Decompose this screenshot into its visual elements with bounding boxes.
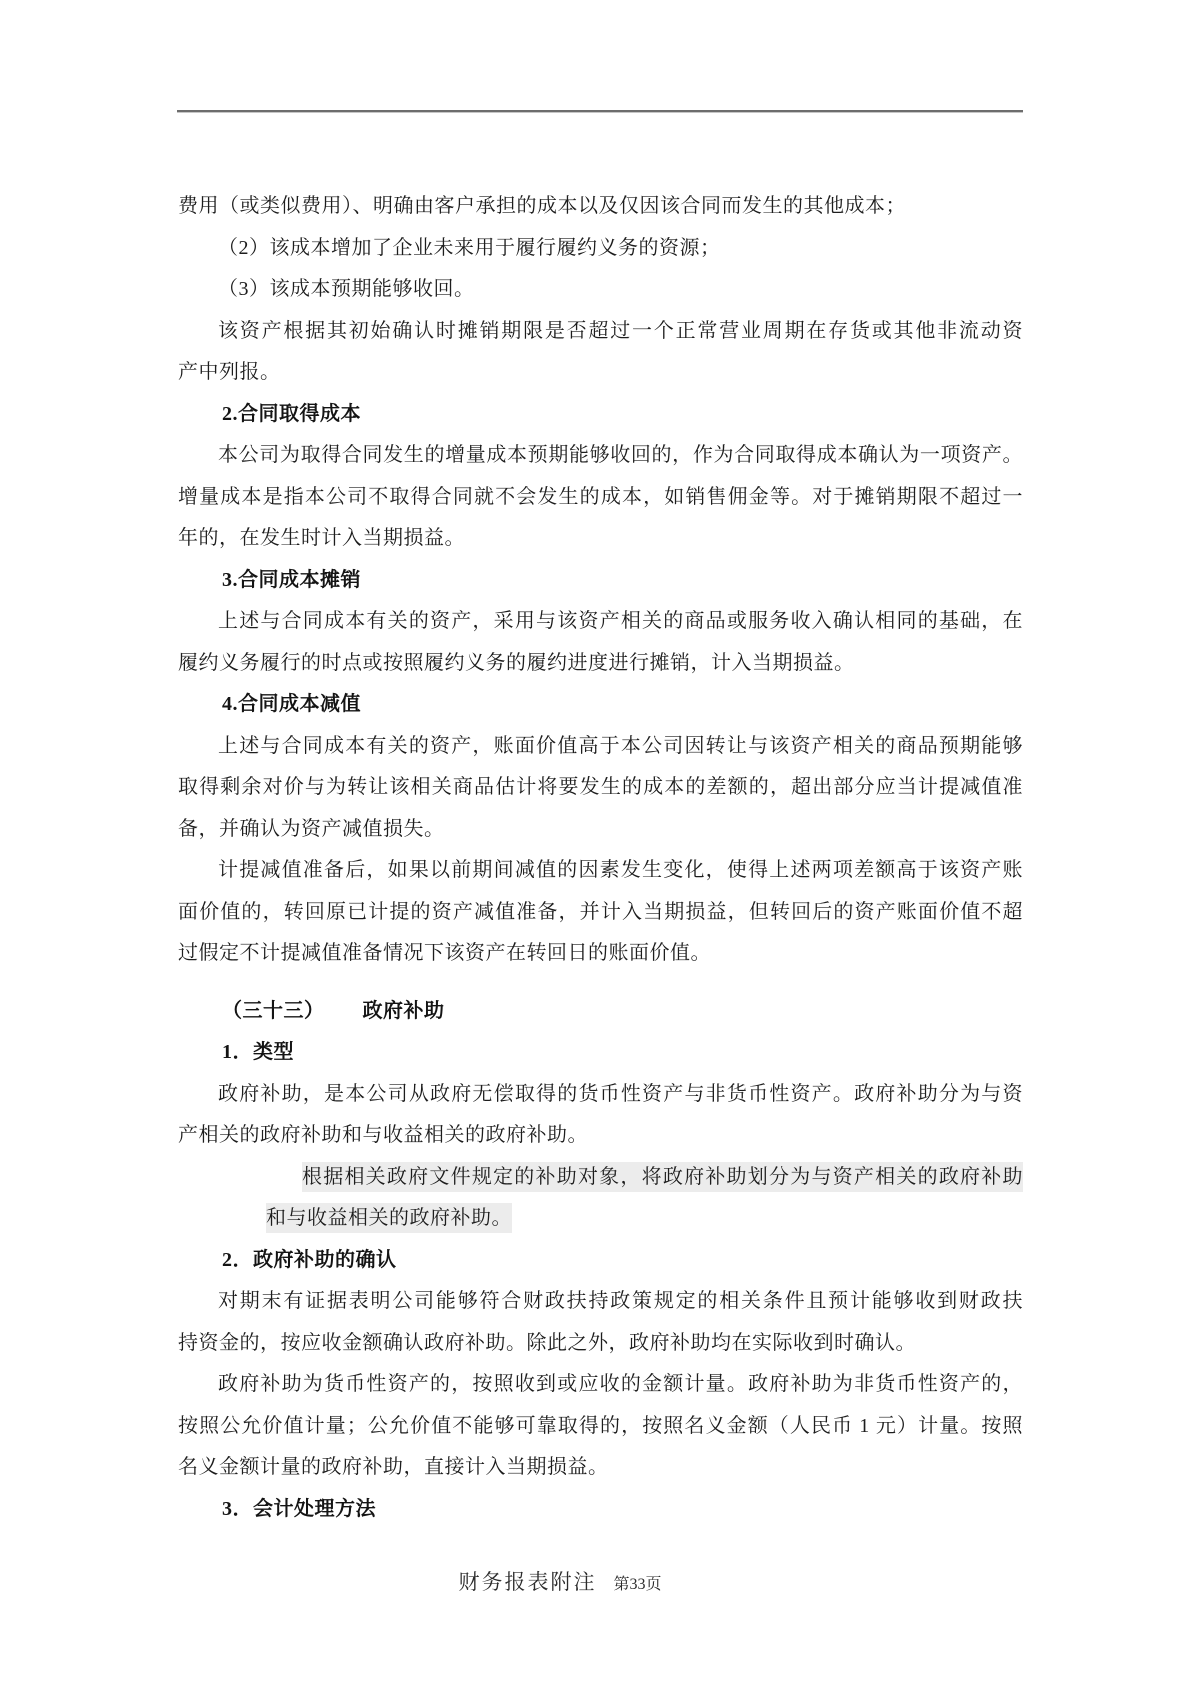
text-content: 1．类型 <box>222 1041 294 1063</box>
text-content: 名义金额计量的政府补助，直接计入当期损益。 <box>178 1456 609 1478</box>
text-content: 3.合同成本摊销 <box>222 569 361 591</box>
text-content: 2.合同取得成本 <box>222 403 361 425</box>
text-line: 年的，在发生时计入当期损益。 <box>178 518 1023 560</box>
header-rule <box>177 110 1023 113</box>
note-line: 根据相关政府文件规定的补助对象，将政府补助划分为与资产相关的政府补助 <box>266 1157 1023 1199</box>
subsection-heading: 3．会计处理方法 <box>222 1489 1023 1531</box>
subsection-heading: 2.合同取得成本 <box>222 394 1023 436</box>
text-line: 上述与合同成本有关的资产，采用与该资产相关的商品或服务收入确认相同的基础，在 <box>178 601 1023 643</box>
text-content: （3）该成本预期能够收回。 <box>218 278 475 300</box>
clause-item: （2）该成本增加了企业未来用于履行履约义务的资源； <box>178 228 1023 270</box>
text-line: 按照公允价值计量；公允价值不能够可靠取得的，按照名义金额（人民币 1 元）计量。… <box>178 1406 1023 1448</box>
subsection-heading: 3.合同成本摊销 <box>222 560 1023 602</box>
text-line: 计提减值准备后，如果以前期间减值的因素发生变化，使得上述两项差额高于该资产账 <box>178 850 1023 892</box>
text-content: 对期末有证据表明公司能够符合财政扶持政策规定的相关条件且预计能够收到财政扶 <box>218 1290 1023 1312</box>
text-line: 履约义务履行的时点或按照履约义务的履约进度进行摊销，计入当期损益。 <box>178 643 1023 685</box>
text-content: 上述与合同成本有关的资产，采用与该资产相关的商品或服务收入确认相同的基础，在 <box>218 610 1023 632</box>
text-content: 4.合同成本减值 <box>222 693 361 715</box>
text-line: 过假定不计提减值准备情况下该资产在转回日的账面价值。 <box>178 933 1023 975</box>
page-footer: 财务报表附注 第33页 <box>0 1566 1160 1596</box>
text-line: 取得剩余对价与为转让该相关商品估计将要发生的成本的差额的，超出部分应当计提减值准 <box>178 767 1023 809</box>
text-line: 持资金的，按应收金额确认政府补助。除此之外，政府补助均在实际收到时确认。 <box>178 1323 1023 1365</box>
text-content: 过假定不计提减值准备情况下该资产在转回日的账面价值。 <box>178 942 711 964</box>
text-line: 面价值的，转回原已计提的资产减值准备，并计入当期损益，但转回后的资产账面价值不超 <box>178 892 1023 934</box>
text-content: 3．会计处理方法 <box>222 1498 376 1520</box>
text-content: 年的，在发生时计入当期损益。 <box>178 527 465 549</box>
text-line: 对期末有证据表明公司能够符合财政扶持政策规定的相关条件且预计能够收到财政扶 <box>178 1281 1023 1323</box>
subsection-heading: 2．政府补助的确认 <box>222 1240 1023 1282</box>
note-line: 和与收益相关的政府补助。 <box>266 1198 1023 1240</box>
footer-page-number: 第33页 <box>613 1571 661 1594</box>
text-content: 持资金的，按应收金额确认政府补助。除此之外，政府补助均在实际收到时确认。 <box>178 1332 916 1354</box>
text-content: 2．政府补助的确认 <box>222 1249 397 1271</box>
text-line: 名义金额计量的政府补助，直接计入当期损益。 <box>178 1447 1023 1489</box>
section-number: （三十三） <box>222 1000 325 1022</box>
text-content: 根据相关政府文件规定的补助对象，将政府补助划分为与资产相关的政府补助 <box>302 1162 1023 1192</box>
text-content: 履约义务履行的时点或按照履约义务的履约进度进行摊销，计入当期损益。 <box>178 652 855 674</box>
clause-item: （3）该成本预期能够收回。 <box>178 269 1023 311</box>
text-content: 备，并确认为资产减值损失。 <box>178 818 445 840</box>
text-content: 产相关的政府补助和与收益相关的政府补助。 <box>178 1124 588 1146</box>
text-content: 增量成本是指本公司不取得合同就不会发生的成本，如销售佣金等。对于摊销期限不超过一 <box>178 486 1023 508</box>
text-content: 本公司为取得合同发生的增量成本预期能够收回的，作为合同取得成本确认为一项资产。 <box>218 444 1023 466</box>
text-content: 上述与合同成本有关的资产，账面价值高于本公司因转让与该资产相关的商品预期能够 <box>218 735 1023 757</box>
section-heading: （三十三）政府补助 <box>222 991 1023 1033</box>
text-line: 本公司为取得合同发生的增量成本预期能够收回的，作为合同取得成本确认为一项资产。 <box>178 435 1023 477</box>
section-title: 政府补助 <box>363 1000 445 1022</box>
text-line: 产相关的政府补助和与收益相关的政府补助。 <box>178 1115 1023 1157</box>
text-content: 政府补助，是本公司从政府无偿取得的货币性资产与非货币性资产。政府补助分为与资 <box>218 1083 1023 1105</box>
text-content: 计提减值准备后，如果以前期间减值的因素发生变化，使得上述两项差额高于该资产账 <box>218 859 1023 881</box>
text-line: 增量成本是指本公司不取得合同就不会发生的成本，如销售佣金等。对于摊销期限不超过一 <box>178 477 1023 519</box>
subsection-heading: 4.合同成本减值 <box>222 684 1023 726</box>
document-page: 费用（或类似费用）、明确由客户承担的成本以及仅因该合同而发生的其他成本；（2）该… <box>0 0 1200 1699</box>
text-content: 面价值的，转回原已计提的资产减值准备，并计入当期损益，但转回后的资产账面价值不超 <box>178 901 1023 923</box>
text-line: 产中列报。 <box>178 352 1023 394</box>
text-content: （2）该成本增加了企业未来用于履行履约义务的资源； <box>218 237 721 259</box>
text-content: 和与收益相关的政府补助。 <box>266 1203 512 1233</box>
document-body: 费用（或类似费用）、明确由客户承担的成本以及仅因该合同而发生的其他成本；（2）该… <box>178 186 1023 1530</box>
text-content: 产中列报。 <box>178 361 281 383</box>
text-content: 费用（或类似费用）、明确由客户承担的成本以及仅因该合同而发生的其他成本； <box>178 195 906 217</box>
footer-title: 财务报表附注 <box>458 1566 596 1596</box>
text-line: 费用（或类似费用）、明确由客户承担的成本以及仅因该合同而发生的其他成本； <box>178 186 1023 228</box>
text-line: 备，并确认为资产减值损失。 <box>178 809 1023 851</box>
text-content: 政府补助为货币性资产的，按照收到或应收的金额计量。政府补助为非货币性资产的， <box>218 1373 1023 1395</box>
subsection-heading: 1．类型 <box>222 1032 1023 1074</box>
text-content: 该资产根据其初始确认时摊销期限是否超过一个正常营业周期在存货或其他非流动资 <box>218 320 1023 342</box>
text-line: 该资产根据其初始确认时摊销期限是否超过一个正常营业周期在存货或其他非流动资 <box>178 311 1023 353</box>
text-content: 按照公允价值计量；公允价值不能够可靠取得的，按照名义金额（人民币 1 元）计量。… <box>178 1415 1023 1437</box>
text-content: 取得剩余对价与为转让该相关商品估计将要发生的成本的差额的，超出部分应当计提减值准 <box>178 776 1023 798</box>
text-line: 政府补助，是本公司从政府无偿取得的货币性资产与非货币性资产。政府补助分为与资 <box>178 1074 1023 1116</box>
text-line: 上述与合同成本有关的资产，账面价值高于本公司因转让与该资产相关的商品预期能够 <box>178 726 1023 768</box>
text-line: 政府补助为货币性资产的，按照收到或应收的金额计量。政府补助为非货币性资产的， <box>178 1364 1023 1406</box>
